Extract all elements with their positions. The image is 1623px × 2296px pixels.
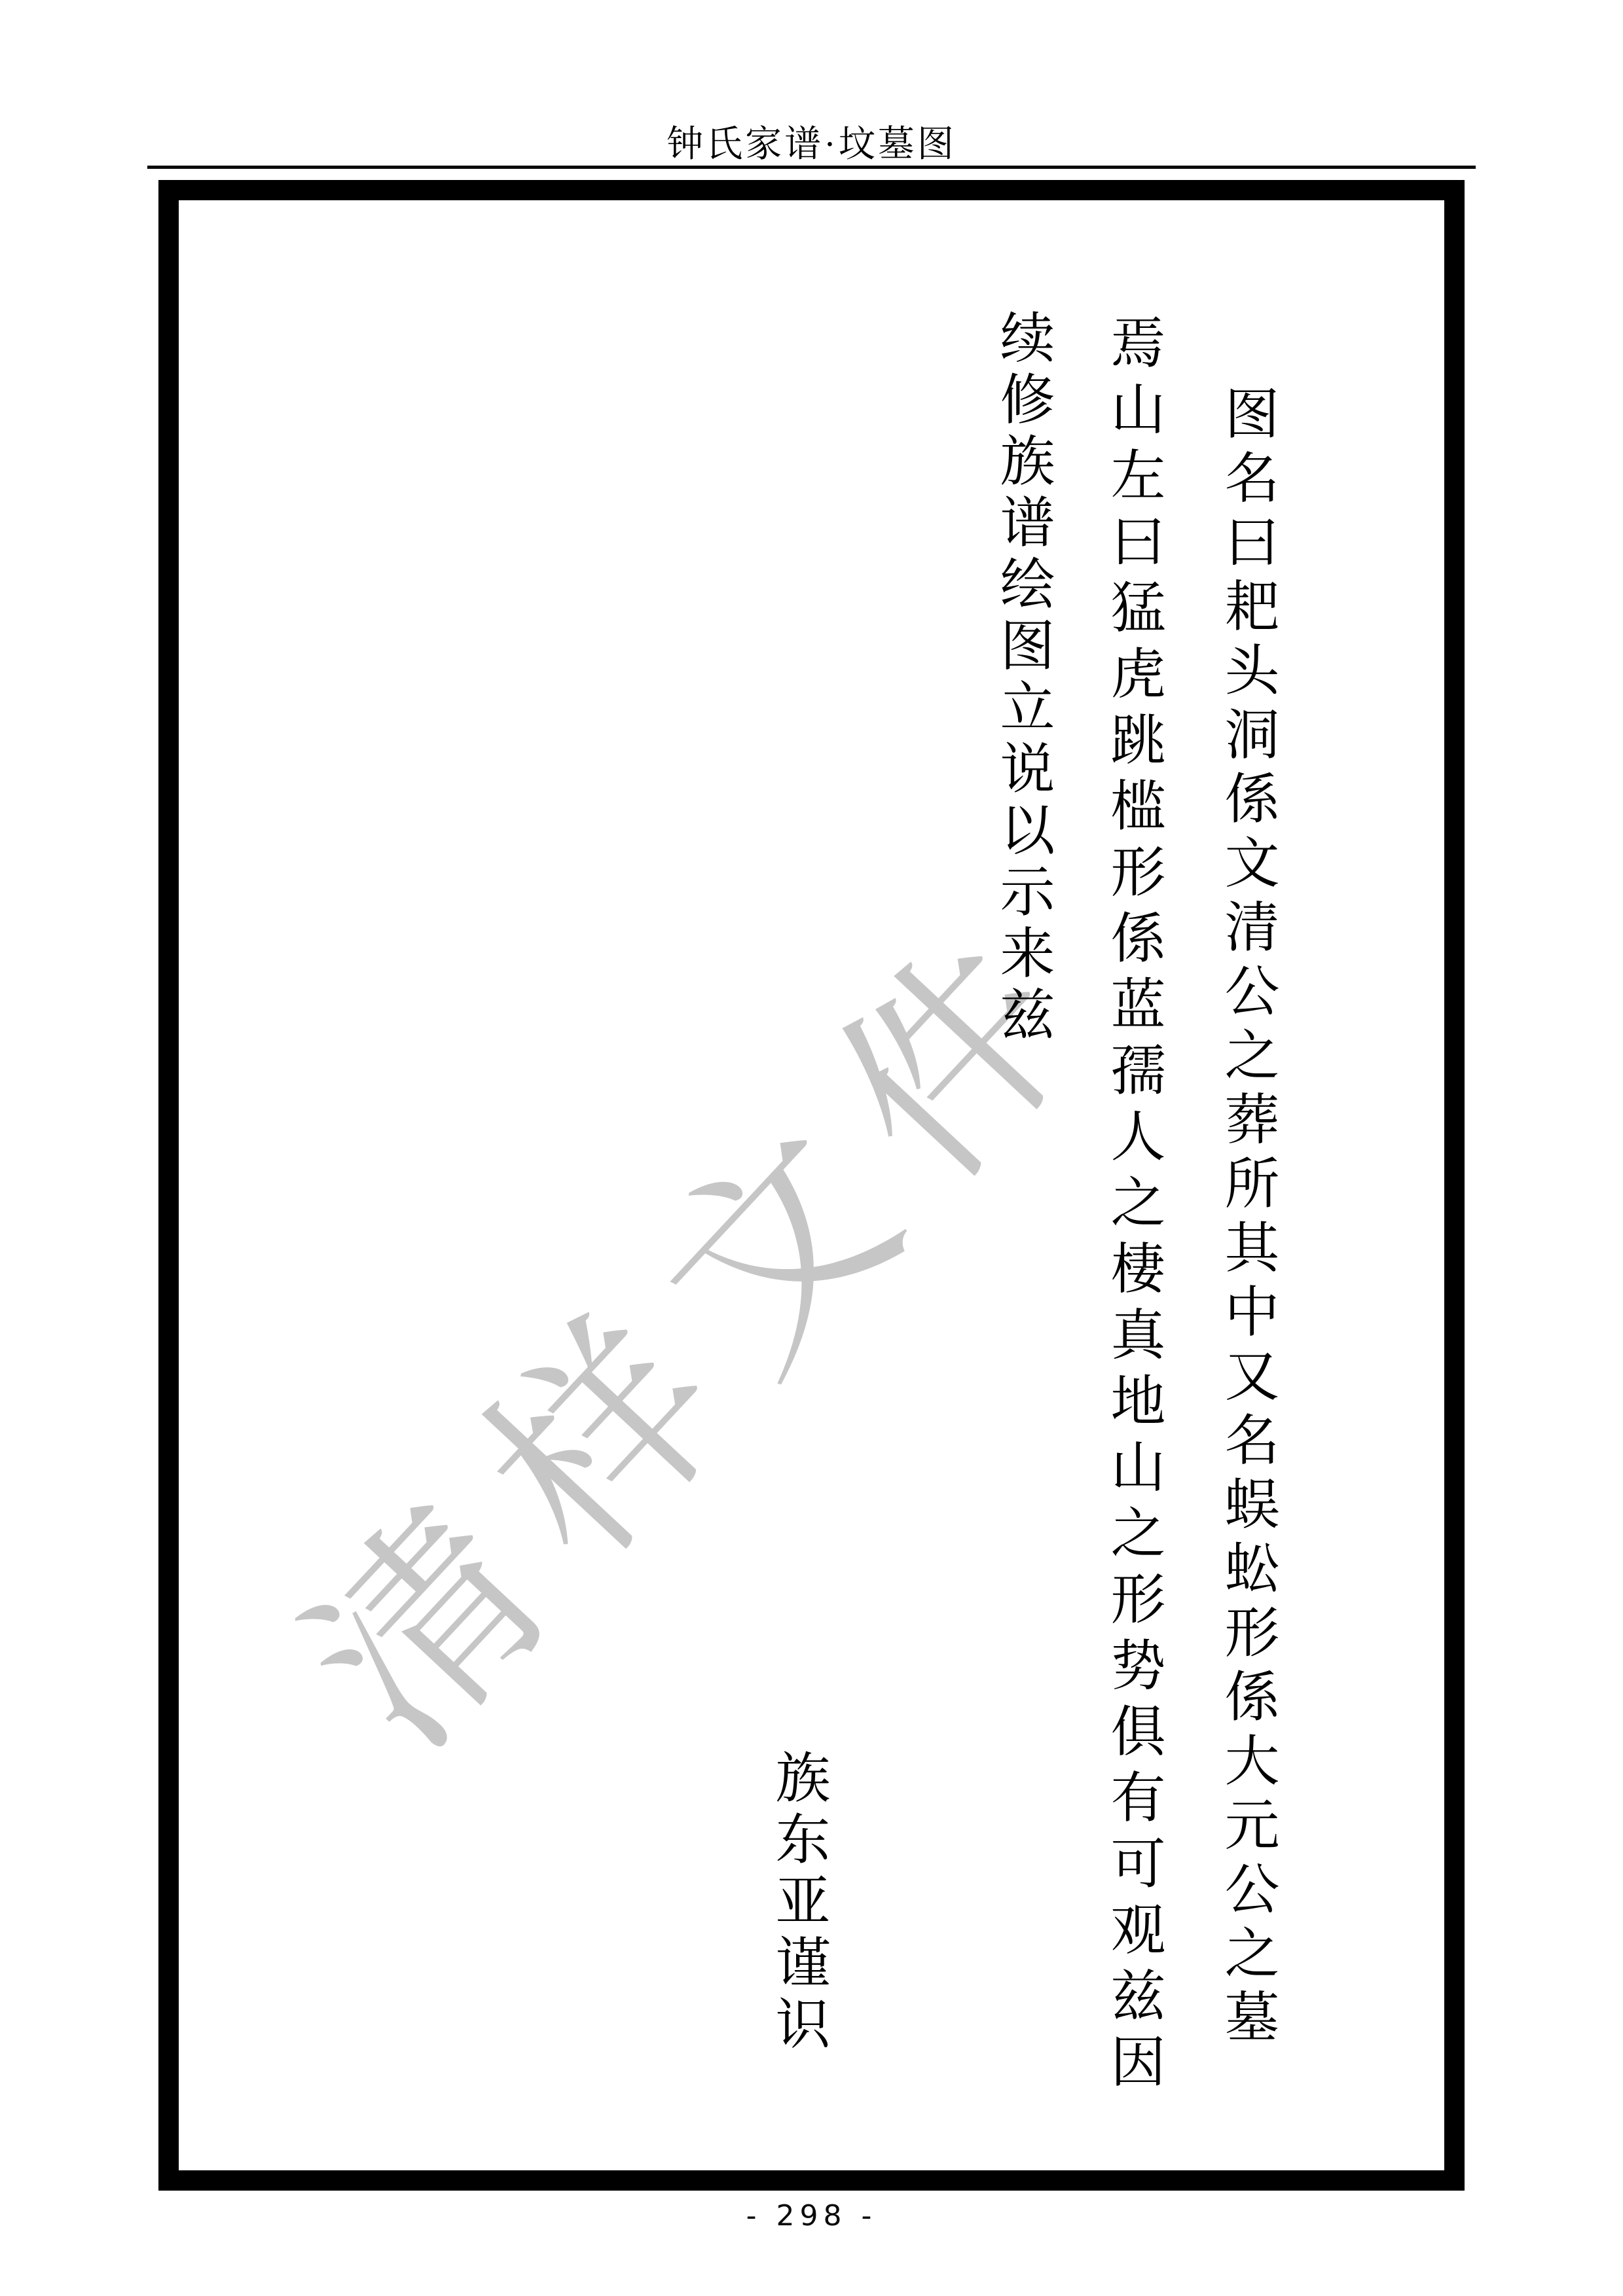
text-column-3: 续修族谱绘图立说以示来兹 xyxy=(994,309,1049,1047)
text-column-2: 焉山左曰猛虎跳槛形係蓝孺人之棲真地山之形势俱有可观兹因 xyxy=(1105,314,1160,2099)
genealogy-page: 钟氏家谱·坟墓图 清样文件 图名曰耙头洞係文清公之葬所其中又名蜈蚣形係大元公之墓… xyxy=(0,0,1623,2296)
page-header-title: 钟氏家谱·坟墓图 xyxy=(0,115,1623,168)
header-rule-line xyxy=(147,166,1476,169)
signature-column: 族东亚谨识 xyxy=(770,1749,825,2056)
page-number: - 298 - xyxy=(0,2199,1623,2233)
text-column-1: 图名曰耙头洞係文清公之葬所其中又名蜈蚣形係大元公之墓 xyxy=(1219,385,1274,2053)
